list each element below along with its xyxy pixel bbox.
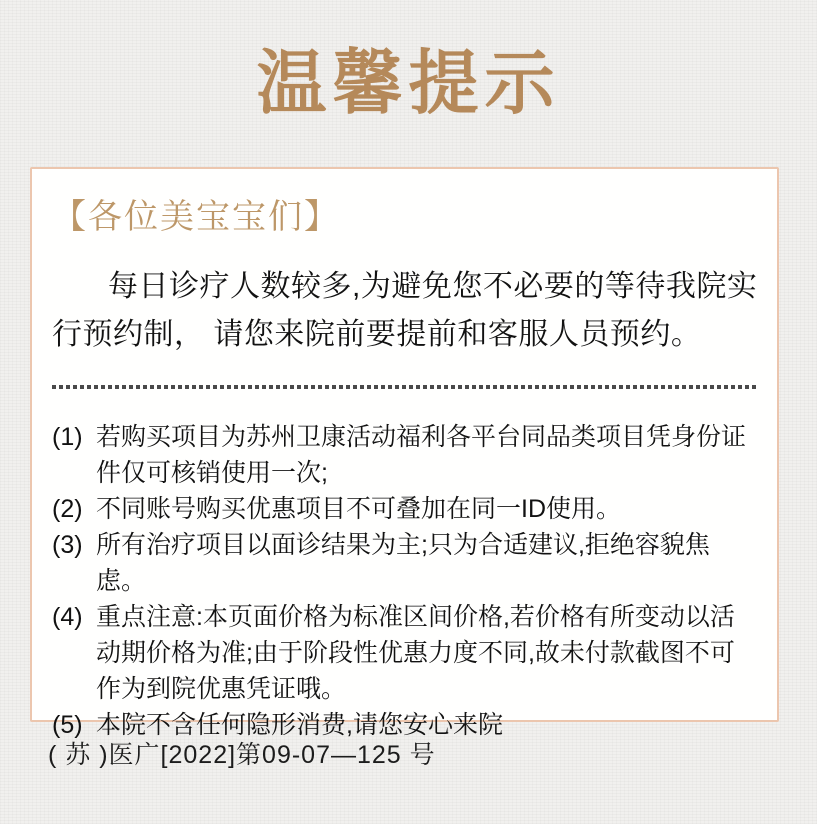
note-text: 所有治疗项目以面诊结果为主;只为合适建议,拒绝容貌焦虑。 [96,527,759,599]
note-item-3: (3) 所有治疗项目以面诊结果为主;只为合适建议,拒绝容貌焦虑。 [52,527,759,599]
note-marker: (2) [52,491,96,527]
note-marker: (4) [52,599,96,635]
intro-paragraph: 每日诊疗人数较多,为避免您不必要的等待我院实行预约制， 请您来院前要提前和客服人… [52,263,759,359]
note-item-1: (1) 若购买项目为苏州卫康活动福利各平台同品类项目凭身份证件仅可核销使用一次; [52,419,759,491]
note-marker: (3) [52,527,96,563]
page-title: 温馨提示 [0,42,817,124]
note-marker: (1) [52,419,96,455]
note-text: 重点注意:本页面价格为标准区间价格,若价格有所变动以活动期价格为准;由于阶段性优… [96,599,759,707]
license-number: ( 苏 )医广[2022]第09-07—125 号 [48,735,436,771]
notice-card: 【各位美宝宝们】 每日诊疗人数较多,为避免您不必要的等待我院实行预约制， 请您来… [30,167,779,722]
note-item-4: (4) 重点注意:本页面价格为标准区间价格,若价格有所变动以活动期价格为准;由于… [52,599,759,707]
note-item-2: (2) 不同账号购买优惠项目不可叠加在同一ID使用。 [52,491,759,527]
card-heading: 【各位美宝宝们】 [52,197,759,237]
note-text: 不同账号购买优惠项目不可叠加在同一ID使用。 [96,491,759,527]
notes-list: (1) 若购买项目为苏州卫康活动福利各平台同品类项目凭身份证件仅可核销使用一次;… [52,419,759,743]
dotted-divider [52,385,759,389]
note-text: 若购买项目为苏州卫康活动福利各平台同品类项目凭身份证件仅可核销使用一次; [96,419,759,491]
